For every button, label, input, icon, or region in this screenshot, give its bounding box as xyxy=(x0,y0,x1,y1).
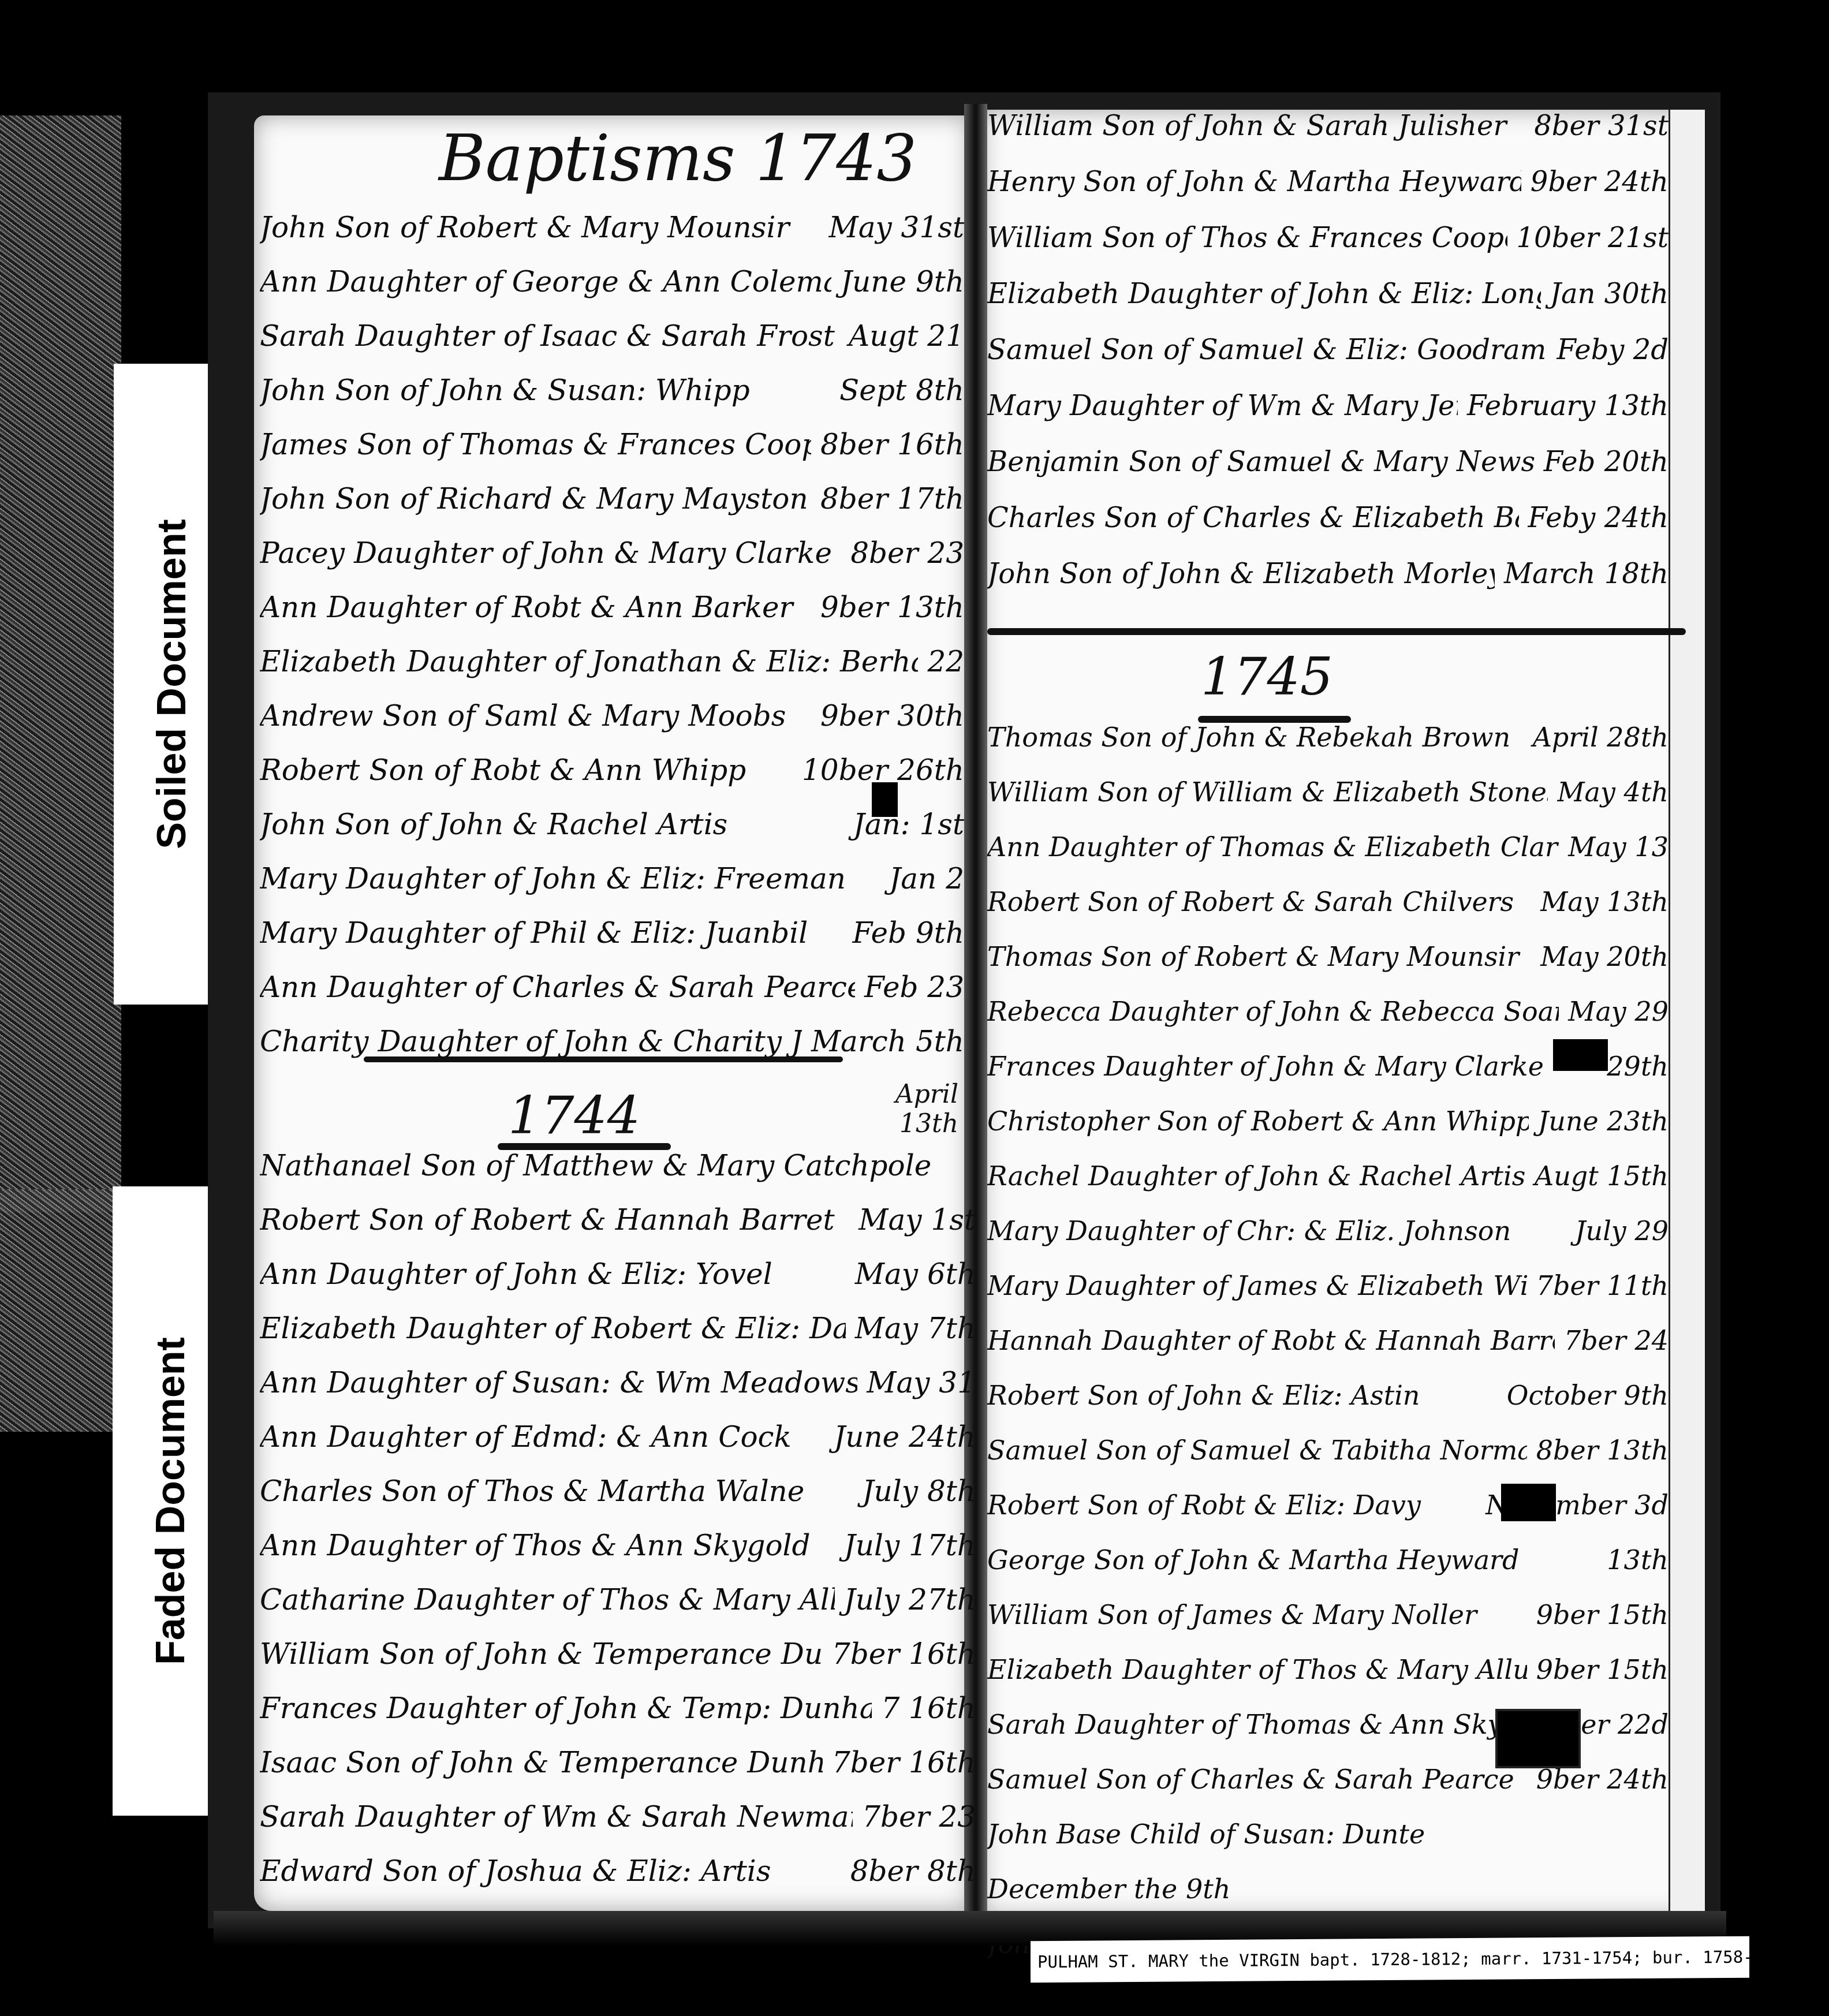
baptism-entry: Samuel Son of Samuel & Eliz: GoodramFeby… xyxy=(987,334,1669,390)
baptism-entry: Robert Son of Robert & Hannah BarretMay … xyxy=(260,1203,976,1257)
entry-names: Sarah Daughter of Thomas & Ann Skygold xyxy=(987,1709,1537,1740)
entry-date: 9ber 24th xyxy=(1536,1764,1669,1795)
entry-names: Ann Daughter of Susan: & Wm Meadows xyxy=(260,1366,857,1399)
entry-date: July 27th xyxy=(844,1583,976,1616)
baptism-entry: James Son of Thomas & Frances Cooper8ber… xyxy=(260,428,964,482)
entry-names: Benjamin Son of Samuel & Mary Newstead xyxy=(987,446,1535,478)
entry-date: 7 16th xyxy=(881,1692,976,1725)
baptism-entry: Ann Daughter of Thomas & Elizabeth Clark… xyxy=(987,831,1669,886)
baptism-entry: Ann Daughter of Charles & Sarah PearceFe… xyxy=(260,970,964,1025)
baptism-entry: William Son of James & Mary Noller9ber 1… xyxy=(987,1599,1669,1654)
baptism-entry: William Son of John & Sarah Julisher8ber… xyxy=(987,110,1669,166)
entry-date: May 4th xyxy=(1557,776,1669,808)
baptism-entry: Andrew Son of Saml & Mary Moobs9ber 30th xyxy=(260,699,964,753)
faded-document-label-text: Faded Document xyxy=(147,1337,193,1665)
entry-date: 7ber 16th xyxy=(832,1637,976,1671)
entry-names: Sarah Daughter of Isaac & Sarah Frost xyxy=(260,319,839,353)
entry-names: Sarah Daughter of Wm & Sarah Newman xyxy=(260,1800,853,1834)
baptism-entry: Henry Son of John & Martha Heyward9ber 2… xyxy=(987,166,1669,222)
baptism-entry: Charles Son of Charles & Elizabeth Baile… xyxy=(987,502,1669,558)
entry-date: March 18th xyxy=(1504,558,1669,590)
baptism-entry: William Son of William & Elizabeth Stone… xyxy=(987,776,1669,831)
entry-date: 8ber 23 xyxy=(850,536,964,570)
entry-names: Thomas Son of Robert & Mary Mounsir xyxy=(987,941,1531,972)
entry-names: Charles Son of Thos & Martha Walne xyxy=(260,1474,853,1508)
baptism-entry: Elizabeth Daughter of Jonathan & Eliz: B… xyxy=(260,645,964,699)
entry-date: Feb 20th xyxy=(1544,446,1669,478)
entry-names: Edward Son of Joshua & Eliz: Artis xyxy=(260,1854,841,1888)
entry-names: William Son of John & Sarah Julisher xyxy=(987,110,1525,142)
entry-date: October 9th xyxy=(1507,1380,1669,1411)
entry-names: Robert Son of Robt & Ann Whipp xyxy=(260,753,793,787)
baptism-entry: Thomas Son of John & Rebekah BrownApril … xyxy=(987,722,1669,776)
baptism-entry: Pacey Daughter of John & Mary Clarke8ber… xyxy=(260,536,964,591)
entry-names: Elizabeth Daughter of Thos & Mary Allure… xyxy=(987,1654,1527,1685)
entries-1744-left: Nathanael Son of Matthew & Mary Catchpol… xyxy=(260,1149,976,1909)
entry-names: Mary Daughter of Phil & Eliz: Juanbil xyxy=(260,916,843,950)
baptism-entry: Mary Daughter of James & Elizabeth Witha… xyxy=(987,1270,1669,1325)
entry-names: Ann Daughter of John & Eliz: Yovel xyxy=(260,1257,846,1291)
baptism-entry: Mary Daughter of Wm & Mary JermyFebruary… xyxy=(987,390,1669,446)
entry-date: 8ber 8th xyxy=(850,1854,976,1888)
entry-names: Elizabeth Daughter of Jonathan & Eliz: B… xyxy=(260,645,918,678)
entry-names: Robert Son of Robt & Eliz: Davy xyxy=(987,1489,1476,1521)
entry-names: Mary Daughter of John & Eliz: Freeman xyxy=(260,862,880,895)
year-heading-1744: 1744 xyxy=(508,1085,640,1146)
entry-date: 9ber 30th xyxy=(820,699,964,733)
entry-date: May 31st xyxy=(828,211,964,244)
entry-names: William Son of Thos & Frances Cooper xyxy=(987,222,1507,254)
entry-names: Andrew Son of Saml & Mary Moobs xyxy=(260,699,811,733)
entry-names: Ann Daughter of George & Ann Coleman xyxy=(260,265,831,298)
entry-names: Elizabeth Daughter of Robert & Eliz: Dav… xyxy=(260,1312,846,1345)
entry-names: Elizabeth Daughter of John & Eliz: Long xyxy=(987,278,1541,310)
entry-names: John Son of John & Susan: Whipp xyxy=(260,374,830,407)
entry-date: Jan: 1st xyxy=(853,808,964,841)
entry-date: 13th xyxy=(1607,1544,1669,1576)
entry-date: 7ber 23 xyxy=(862,1800,976,1834)
baptism-entry: Isaac Son of John & Temperance Dunham7be… xyxy=(260,1746,976,1800)
entry-date: 9ber 15th xyxy=(1536,1654,1669,1685)
entry-date: 10ber 21st xyxy=(1517,222,1669,254)
entry-names: Ann Daughter of Charles & Sarah Pearce xyxy=(260,970,855,1004)
section-divider-1744 xyxy=(987,628,1686,635)
baptism-entry: John Son of Richard & Mary Mayston8ber 1… xyxy=(260,482,964,536)
redaction-block xyxy=(1553,1039,1608,1071)
scan-background-noise-lower xyxy=(0,1189,115,1432)
entry-date: March 5th xyxy=(811,1025,964,1058)
baptism-entry: Benjamin Son of Samuel & Mary NewsteadFe… xyxy=(987,446,1669,502)
entry-date: May 13 xyxy=(1568,831,1669,863)
entry-date: 7ber 16th xyxy=(832,1746,976,1779)
baptism-entry: Edward Son of Joshua & Eliz: Artis8ber 8… xyxy=(260,1854,976,1909)
baptism-entry: Samuel Son of Samuel & Tabitha Norman8be… xyxy=(987,1435,1669,1489)
entry-date: Feb 23 xyxy=(864,970,964,1004)
entry-date: May 20th xyxy=(1540,941,1669,972)
baptism-entry: William Son of John & Temperance Dunham7… xyxy=(260,1637,976,1692)
entry-date: May 7th xyxy=(855,1312,976,1345)
entry-date: 22 xyxy=(927,645,964,678)
entries-1743: John Son of Robert & Mary MounsirMay 31s… xyxy=(260,211,964,1079)
baptism-entry: Samuel Son of Charles & Sarah Pearce9ber… xyxy=(987,1764,1669,1819)
entry-date: May 6th xyxy=(855,1257,976,1291)
entry-names: Catharine Daughter of Thos & Mary Allure… xyxy=(260,1583,835,1616)
entry-date: Augt 15th xyxy=(1535,1160,1669,1192)
redaction-block xyxy=(872,782,898,817)
entry-date: Augt 21 xyxy=(849,319,964,353)
entry-names: John Son of John & Elizabeth Morley xyxy=(987,558,1495,590)
baptism-entry: Mary Daughter of John & Eliz: FreemanJan… xyxy=(260,862,964,916)
entry-names: George Son of John & Martha Heyward xyxy=(987,1544,1597,1576)
entry-date: 29th xyxy=(1607,1051,1669,1082)
entries-1744-right: William Son of John & Sarah Julisher8ber… xyxy=(987,110,1669,614)
baptism-entry: Elizabeth Daughter of Thos & Mary Allure… xyxy=(987,1654,1669,1709)
entry-names: William Son of James & Mary Noller xyxy=(987,1599,1527,1630)
baptism-entry: Sarah Daughter of Isaac & Sarah FrostAug… xyxy=(260,319,964,374)
soiled-document-label-text: Soiled Document xyxy=(148,519,195,849)
entry-names: Pacey Daughter of John & Mary Clarke xyxy=(260,536,841,570)
entry-names: Rachel Daughter of John & Rachel Artis xyxy=(987,1160,1525,1192)
baptism-entry: Ann Daughter of Edmd: & Ann CockJune 24t… xyxy=(260,1420,976,1474)
entry-date: May 13th xyxy=(1540,886,1669,917)
entries-1745: Thomas Son of John & Rebekah BrownApril … xyxy=(987,722,1669,1983)
baptism-entry: Hannah Daughter of Robt & Hannah Barret7… xyxy=(987,1325,1669,1380)
entry-date: Feby 2d xyxy=(1557,334,1669,366)
entry-names: Samuel Son of Charles & Sarah Pearce xyxy=(987,1764,1527,1795)
entry-names: Charity Daughter of John & Charity Johns… xyxy=(260,1025,802,1058)
entry-names: John Base Child of Susan: Dunte xyxy=(987,1819,1659,1850)
entry-date: 8ber 13th xyxy=(1536,1435,1669,1466)
entry-names: John Son of Richard & Mary Mayston xyxy=(260,482,811,516)
entry-date: Sept 8th xyxy=(839,374,964,407)
baptism-entry: Ann Daughter of Susan: & Wm MeadowsMay 3… xyxy=(260,1366,976,1420)
entry-names: Christopher Son of Robert & Ann Whipp xyxy=(987,1106,1529,1137)
entry-date: 9ber 15th xyxy=(1536,1599,1669,1630)
entry-date: Jan 30th xyxy=(1550,278,1669,310)
baptism-entry: Rachel Daughter of John & Rachel ArtisAu… xyxy=(987,1160,1669,1215)
baptism-entry: Robert Son of John & Eliz: AstinOctober … xyxy=(987,1380,1669,1435)
entry-date: May 29 xyxy=(1568,996,1669,1027)
entry-names: Ann Daughter of Robt & Ann Barker xyxy=(260,591,811,624)
redaction-block xyxy=(1495,1709,1581,1768)
entry-names: Nathanael Son of Matthew & Mary Catchpol… xyxy=(260,1149,966,1182)
entry-names: John Son of Robert & Mary Mounsir xyxy=(260,211,819,244)
entry-names: Charles Son of Charles & Elizabeth Baile… xyxy=(987,502,1519,534)
entry-names: Mary Daughter of Wm & Mary Jermy xyxy=(987,390,1458,422)
baptism-entry: Ann Daughter of Thos & Ann SkygoldJuly 1… xyxy=(260,1529,976,1583)
entry-date: 7ber 24 xyxy=(1564,1325,1669,1356)
baptism-entry: Catharine Daughter of Thos & Mary Allure… xyxy=(260,1583,976,1637)
baptism-entry: Mary Daughter of Chr: & Eliz. JohnsonJul… xyxy=(987,1215,1669,1270)
entry-date: May 31 xyxy=(867,1366,976,1399)
baptism-entry: Elizabeth Daughter of Robert & Eliz: Dav… xyxy=(260,1312,976,1366)
entry-date: July 8th xyxy=(863,1474,976,1508)
entry-names: Frances Daughter of John & Temp: Dunham xyxy=(260,1692,872,1725)
baptism-entry: John Base Child of Susan: Dunte xyxy=(987,1819,1669,1873)
baptism-entry: George Son of John & Martha Heyward13th xyxy=(987,1544,1669,1599)
entry-date: 9ber 24th xyxy=(1531,166,1669,198)
entry-date: Jan 2 xyxy=(889,862,964,895)
scan-background-noise xyxy=(0,115,121,1212)
entry-names: James Son of Thomas & Frances Cooper xyxy=(260,428,811,461)
baptism-entry: Ann Daughter of John & Eliz: YovelMay 6t… xyxy=(260,1257,976,1312)
baptism-entry: John Son of John & Elizabeth MorleyMarch… xyxy=(987,558,1669,614)
baptism-entry: John Son of John & Susan: WhippSept 8th xyxy=(260,374,964,428)
entry-date: February 13th xyxy=(1467,390,1669,422)
entry-names: Mary Daughter of Chr: & Eliz. Johnson xyxy=(987,1215,1566,1246)
entry-names: John Son of John & Rachel Artis xyxy=(260,808,844,841)
right-margin-strip xyxy=(1669,110,1705,1917)
entry-names: William Son of William & Elizabeth Stone… xyxy=(987,776,1548,808)
entry-date: June 24th xyxy=(834,1420,976,1454)
entry-names: Samuel Son of Samuel & Tabitha Norman xyxy=(987,1435,1527,1466)
baptism-entry: Charles Son of Thos & Martha WalneJuly 8… xyxy=(260,1474,976,1529)
entry-date: 7ber 11th xyxy=(1536,1270,1669,1301)
entry-names: Ann Daughter of Thomas & Elizabeth Clark… xyxy=(987,831,1559,863)
entry-names: Henry Son of John & Martha Heyward xyxy=(987,166,1521,198)
entry-date: 9ber 13th xyxy=(820,591,964,624)
entry-date: 8ber 17th xyxy=(820,482,964,516)
baptism-entry: Ann Daughter of George & Ann ColemanJune… xyxy=(260,265,964,319)
baptism-entry: Robert Son of Robt & Ann Whipp10ber 26th xyxy=(260,753,964,808)
page-title: Baptisms 1743 xyxy=(439,121,917,195)
baptism-entry: Nathanael Son of Matthew & Mary Catchpol… xyxy=(260,1149,976,1203)
entry-names: William Son of John & Temperance Dunham xyxy=(260,1637,823,1671)
entry-date: Feb 9th xyxy=(852,916,964,950)
entry-names: Robert Son of Robert & Hannah Barret xyxy=(260,1203,849,1237)
entry-names: Robert Son of John & Eliz: Astin xyxy=(987,1380,1498,1411)
first-date-1744: April 13th xyxy=(895,1080,958,1138)
entry-names: Robert Son of Robert & Sarah Chilvers xyxy=(987,886,1531,917)
entry-names: December the 9th xyxy=(987,1873,1659,1905)
baptism-entry: Elizabeth Daughter of John & Eliz: LongJ… xyxy=(987,278,1669,334)
entry-names: Mary Daughter of James & Elizabeth Witha… xyxy=(987,1270,1527,1301)
entry-names: Thomas Son of John & Rebekah Brown xyxy=(987,722,1524,753)
baptism-entry: William Son of Thos & Frances Cooper10be… xyxy=(987,222,1669,278)
baptism-entry: Christopher Son of Robert & Ann WhippJun… xyxy=(987,1106,1669,1160)
entry-date: May 1st xyxy=(858,1203,976,1237)
entry-names: Hannah Daughter of Robt & Hannah Barret xyxy=(987,1325,1555,1356)
year-heading-1745: 1745 xyxy=(1201,647,1333,707)
baptism-entry: Frances Daughter of John & Temp: Dunham7… xyxy=(260,1692,976,1746)
baptism-entry: Sarah Daughter of Wm & Sarah Newman7ber … xyxy=(260,1800,976,1854)
baptism-entry: John Son of Robert & Mary MounsirMay 31s… xyxy=(260,211,964,265)
baptism-entry: Robert Son of Robert & Sarah ChilversMay… xyxy=(987,886,1669,941)
entry-date: July 29 xyxy=(1575,1215,1669,1246)
baptism-entry: Charity Daughter of John & Charity Johns… xyxy=(260,1025,964,1079)
entry-date: April 28th xyxy=(1533,722,1669,753)
baptism-entry: Thomas Son of Robert & Mary MounsirMay 2… xyxy=(987,941,1669,996)
section-divider-1743 xyxy=(364,1056,843,1062)
redaction-block xyxy=(1501,1484,1556,1521)
entry-date: June 9th xyxy=(841,265,964,298)
baptism-entry: Mary Daughter of Phil & Eliz: JuanbilFeb… xyxy=(260,916,964,970)
entry-names: Samuel Son of Samuel & Eliz: Goodram xyxy=(987,334,1548,366)
entry-date: 8ber 31st xyxy=(1534,110,1669,142)
entry-date: June 23th xyxy=(1538,1106,1669,1137)
entry-names: Ann Daughter of Thos & Ann Skygold xyxy=(260,1529,835,1562)
entry-names: Ann Daughter of Edmd: & Ann Cock xyxy=(260,1420,824,1454)
entry-names: Rebecca Daughter of John & Rebecca Soame… xyxy=(987,996,1559,1027)
microfilm-caption: PULHAM ST. MARY the VIRGIN bapt. 1728-18… xyxy=(1031,1936,1749,1983)
entry-names: Isaac Son of John & Temperance Dunham xyxy=(260,1746,823,1779)
entry-date: Feby 24th xyxy=(1528,502,1669,534)
entry-date: July 17th xyxy=(844,1529,976,1562)
baptism-entry: John Son of John & Rachel ArtisJan: 1st xyxy=(260,808,964,862)
entry-names: Frances Daughter of John & Mary Clarke xyxy=(987,1051,1597,1082)
baptism-entry: Ann Daughter of Robt & Ann Barker9ber 13… xyxy=(260,591,964,645)
baptism-entry: Robert Son of Robt & Eliz: DavyNovember … xyxy=(987,1489,1669,1544)
entry-date: 8ber 16th xyxy=(820,428,964,461)
